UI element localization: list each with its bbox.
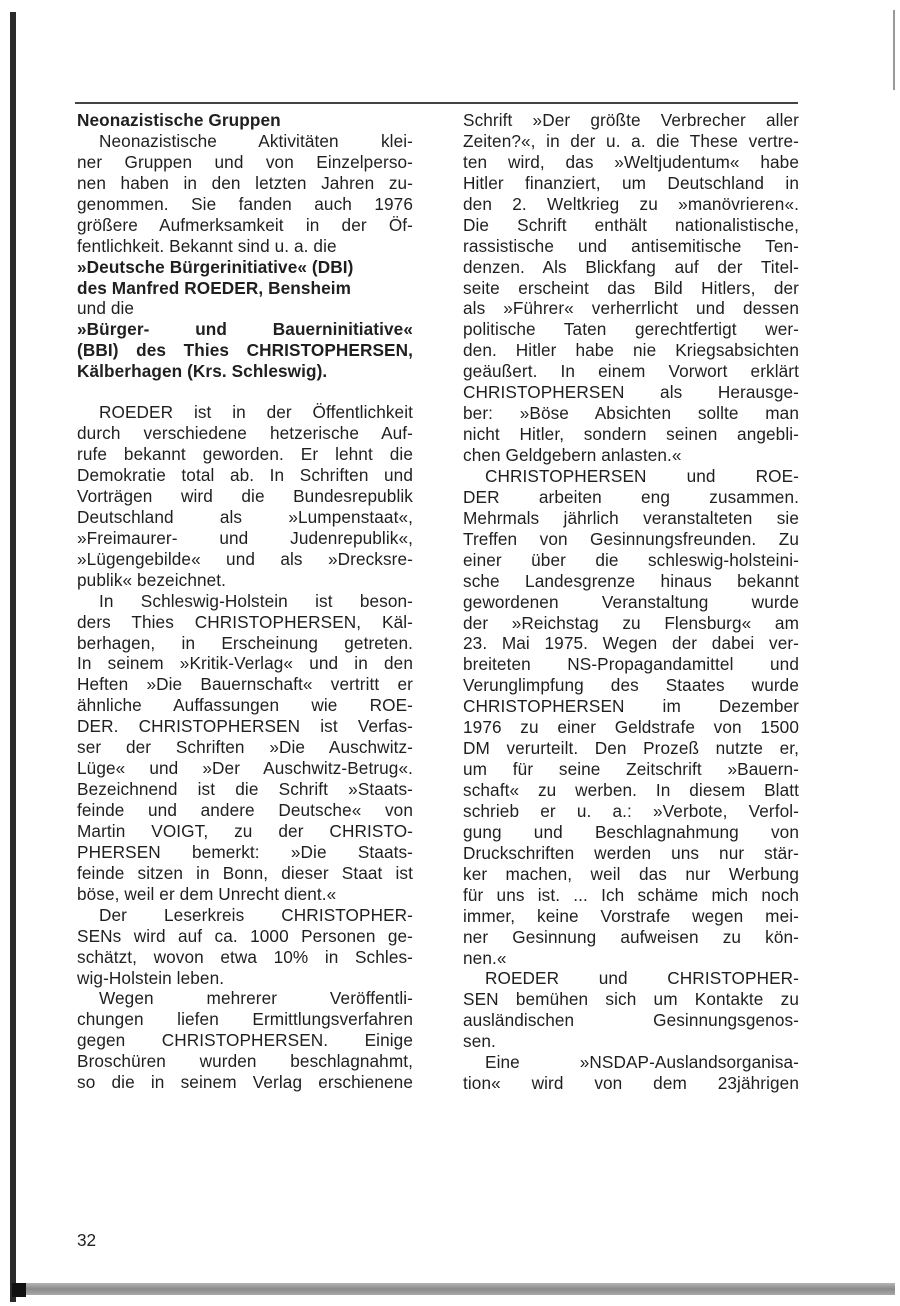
text-line: Bezeichnend ist die Schrift »Staats- <box>77 779 413 800</box>
text-line: chen Geldgebern anlasten.« <box>463 445 799 466</box>
text-line: In Schleswig-Holstein ist beson- <box>77 591 413 612</box>
text-line: Wegen mehrerer Veröffentli- <box>77 988 413 1009</box>
text-line: 1976 zu einer Geldstrafe von 1500 <box>463 717 799 738</box>
left-text-column: Neonazistische GruppenNeonazistische Akt… <box>77 110 413 1093</box>
text-line: ROEDER und CHRISTOPHER- <box>463 968 799 989</box>
text-line: tion« wird von dem 23jährigen <box>463 1073 799 1094</box>
page-right-edge <box>893 10 895 90</box>
text-line: für uns ist. ... Ich schäme mich noch <box>463 885 799 906</box>
text-line: der »Reichstag zu Flensburg« am <box>463 613 799 634</box>
text-line: breiteten NS-Propagandamittel und <box>463 654 799 675</box>
page-bottom-corner <box>12 1283 26 1297</box>
text-line: DER arbeiten eng zusammen. <box>463 487 799 508</box>
text-line: sen. <box>463 1031 799 1052</box>
text-line: SEN bemühen sich um Kontakte zu <box>463 989 799 1010</box>
text-line: Deutschland als »Lumpenstaat«, <box>77 507 413 528</box>
text-line: publik« bezeichnet. <box>77 570 413 591</box>
text-line: CHRISTOPHERSEN als Herausge- <box>463 382 799 403</box>
text-line: Demokratie total ab. In Schriften und <box>77 465 413 486</box>
text-line: denzen. Als Blickfang auf der Titel- <box>463 257 799 278</box>
text-line: Der Leserkreis CHRISTOPHER- <box>77 905 413 926</box>
text-line: Hitler finanziert, um Deutschland in <box>463 173 799 194</box>
text-line: durch verschiedene hetzerische Auf- <box>77 423 413 444</box>
text-line: Martin VOIGT, zu der CHRISTO- <box>77 821 413 842</box>
text-line: einer über die schleswig-holsteini- <box>463 550 799 571</box>
bold-text-line: des Manfred ROEDER, Bensheim <box>77 278 413 299</box>
text-line: ser der Schriften »Die Auschwitz- <box>77 737 413 758</box>
text-line: feinde und andere Deutsche« von <box>77 800 413 821</box>
text-line: größere Aufmerksamkeit in der Öf- <box>77 215 413 236</box>
text-line: ders Thies CHRISTOPHERSEN, Käl- <box>77 612 413 633</box>
text-line: ROEDER ist in der Öffentlichkeit <box>77 402 413 423</box>
text-line: als »Führer« verherrlicht und dessen <box>463 298 799 319</box>
text-line: ausländischen Gesinnungsgenos- <box>463 1010 799 1031</box>
text-line: ner Gesinnung aufweisen zu kön- <box>463 927 799 948</box>
text-line: den. Hitler habe nie Kriegsabsichten <box>463 340 799 361</box>
text-line: schaft« zu werben. In diesem Blatt <box>463 780 799 801</box>
text-line: Die Schrift enthält nationalistische, <box>463 215 799 236</box>
text-line: Neonazistische Aktivitäten klei- <box>77 131 413 152</box>
text-line: Vorträgen wird die Bundesrepublik <box>77 486 413 507</box>
text-line: Schrift »Der größte Verbrecher aller <box>463 110 799 131</box>
text-line: DER. CHRISTOPHERSEN ist Verfas- <box>77 716 413 737</box>
text-line: ten wird, das »Weltjudentum« habe <box>463 152 799 173</box>
bold-text-line: »Deutsche Bürgerinitiative« (DBI) <box>77 257 413 278</box>
text-line: »Lügengebilde« und als »Drecksre- <box>77 549 413 570</box>
text-line: geäußert. In einem Vorwort erklärt <box>463 361 799 382</box>
text-line: Broschüren wurden beschlagnahmt, <box>77 1051 413 1072</box>
text-line: nen.« <box>463 948 799 969</box>
text-line: um für seine Zeitschrift »Bauern- <box>463 759 799 780</box>
text-line: so die in seinem Verlag erschienene <box>77 1072 413 1093</box>
text-line: In seinem »Kritik-Verlag« und in den <box>77 653 413 674</box>
text-line: schätzt, wovon etwa 10% in Schles- <box>77 947 413 968</box>
text-line: schrieb er u. a.: »Verbote, Verfol- <box>463 801 799 822</box>
text-line: Druckschriften werden uns nur stär- <box>463 843 799 864</box>
text-line: feinde sitzen in Bonn, dieser Staat ist <box>77 863 413 884</box>
text-line: gegen CHRISTOPHERSEN. Einige <box>77 1030 413 1051</box>
text-line: fentlichkeit. Bekannt sind u. a. die <box>77 236 413 257</box>
bold-text-line: »Bürger- und Bauerninitiative« <box>77 319 413 340</box>
text-line: böse, weil er dem Unrecht dient.« <box>77 884 413 905</box>
text-line: chungen liefen Ermittlungsverfahren <box>77 1009 413 1030</box>
text-line: Heften »Die Bauernschaft« vertritt er <box>77 674 413 695</box>
text-line: 23. Mai 1975. Wegen der dabei ver- <box>463 633 799 654</box>
text-line: seite erscheint das Bild Hitlers, der <box>463 278 799 299</box>
text-line: »Freimaurer- und Judenrepublik«, <box>77 528 413 549</box>
top-rule-divider <box>75 102 798 104</box>
text-line: wig-Holstein leben. <box>77 968 413 989</box>
bold-text-line: Kälberhagen (Krs. Schleswig). <box>77 361 413 382</box>
text-line: rassistische und antisemitische Ten- <box>463 236 799 257</box>
text-line: Treffen von Gesinnungsfreunden. Zu <box>463 529 799 550</box>
text-line: ner Gruppen und von Einzelperso- <box>77 152 413 173</box>
text-line: CHRISTOPHERSEN und ROE- <box>463 466 799 487</box>
text-line: PHERSEN bemerkt: »Die Staats- <box>77 842 413 863</box>
text-line: berhagen, in Erscheinung getreten. <box>77 633 413 654</box>
right-text-column: Schrift »Der größte Verbrecher allerZeit… <box>463 110 799 1094</box>
text-line: ker machen, weil das nur Werbung <box>463 864 799 885</box>
text-line: DM verurteilt. Den Prozeß nutzte er, <box>463 738 799 759</box>
text-line: ähnliche Auffassungen wie ROE- <box>77 695 413 716</box>
text-line: immer, keine Vorstrafe wegen mei- <box>463 906 799 927</box>
text-line: genommen. Sie fanden auch 1976 <box>77 194 413 215</box>
text-line: Zeiten?«, in der u. a. die These vertre- <box>463 131 799 152</box>
text-line: rufe bekannt geworden. Er lehnt die <box>77 444 413 465</box>
bold-text-line: Neonazistische Gruppen <box>77 110 413 131</box>
page-number: 32 <box>77 1230 96 1251</box>
text-line: gung und Beschlagnahmung von <box>463 822 799 843</box>
text-line: sche Landesgrenze hinaus bekannt <box>463 571 799 592</box>
text-line: nen haben in den letzten Jahren zu- <box>77 173 413 194</box>
text-line: und die <box>77 298 413 319</box>
text-line: Mehrmals jährlich veranstalteten sie <box>463 508 799 529</box>
text-line: Lüge« und »Der Auschwitz-Betrug«. <box>77 758 413 779</box>
bold-text-line: (BBI) des Thies CHRISTOPHERSEN, <box>77 340 413 361</box>
page-bottom-edge <box>12 1283 895 1295</box>
text-line: Eine »NSDAP-Auslandsorganisa- <box>463 1052 799 1073</box>
text-line: CHRISTOPHERSEN im Dezember <box>463 696 799 717</box>
paragraph-gap <box>77 382 413 402</box>
text-line: Verunglimpfung des Staates wurde <box>463 675 799 696</box>
text-line: ber: »Böse Absichten sollte man <box>463 403 799 424</box>
text-line: nicht Hitler, sondern seinen angebli- <box>463 424 799 445</box>
page-binding-edge <box>10 12 16 1302</box>
text-line: gewordenen Veranstaltung wurde <box>463 592 799 613</box>
text-line: politische Taten gerechtfertigt wer- <box>463 319 799 340</box>
text-line: SENs wird auf ca. 1000 Personen ge- <box>77 926 413 947</box>
text-line: den 2. Weltkrieg zu »manövrieren«. <box>463 194 799 215</box>
